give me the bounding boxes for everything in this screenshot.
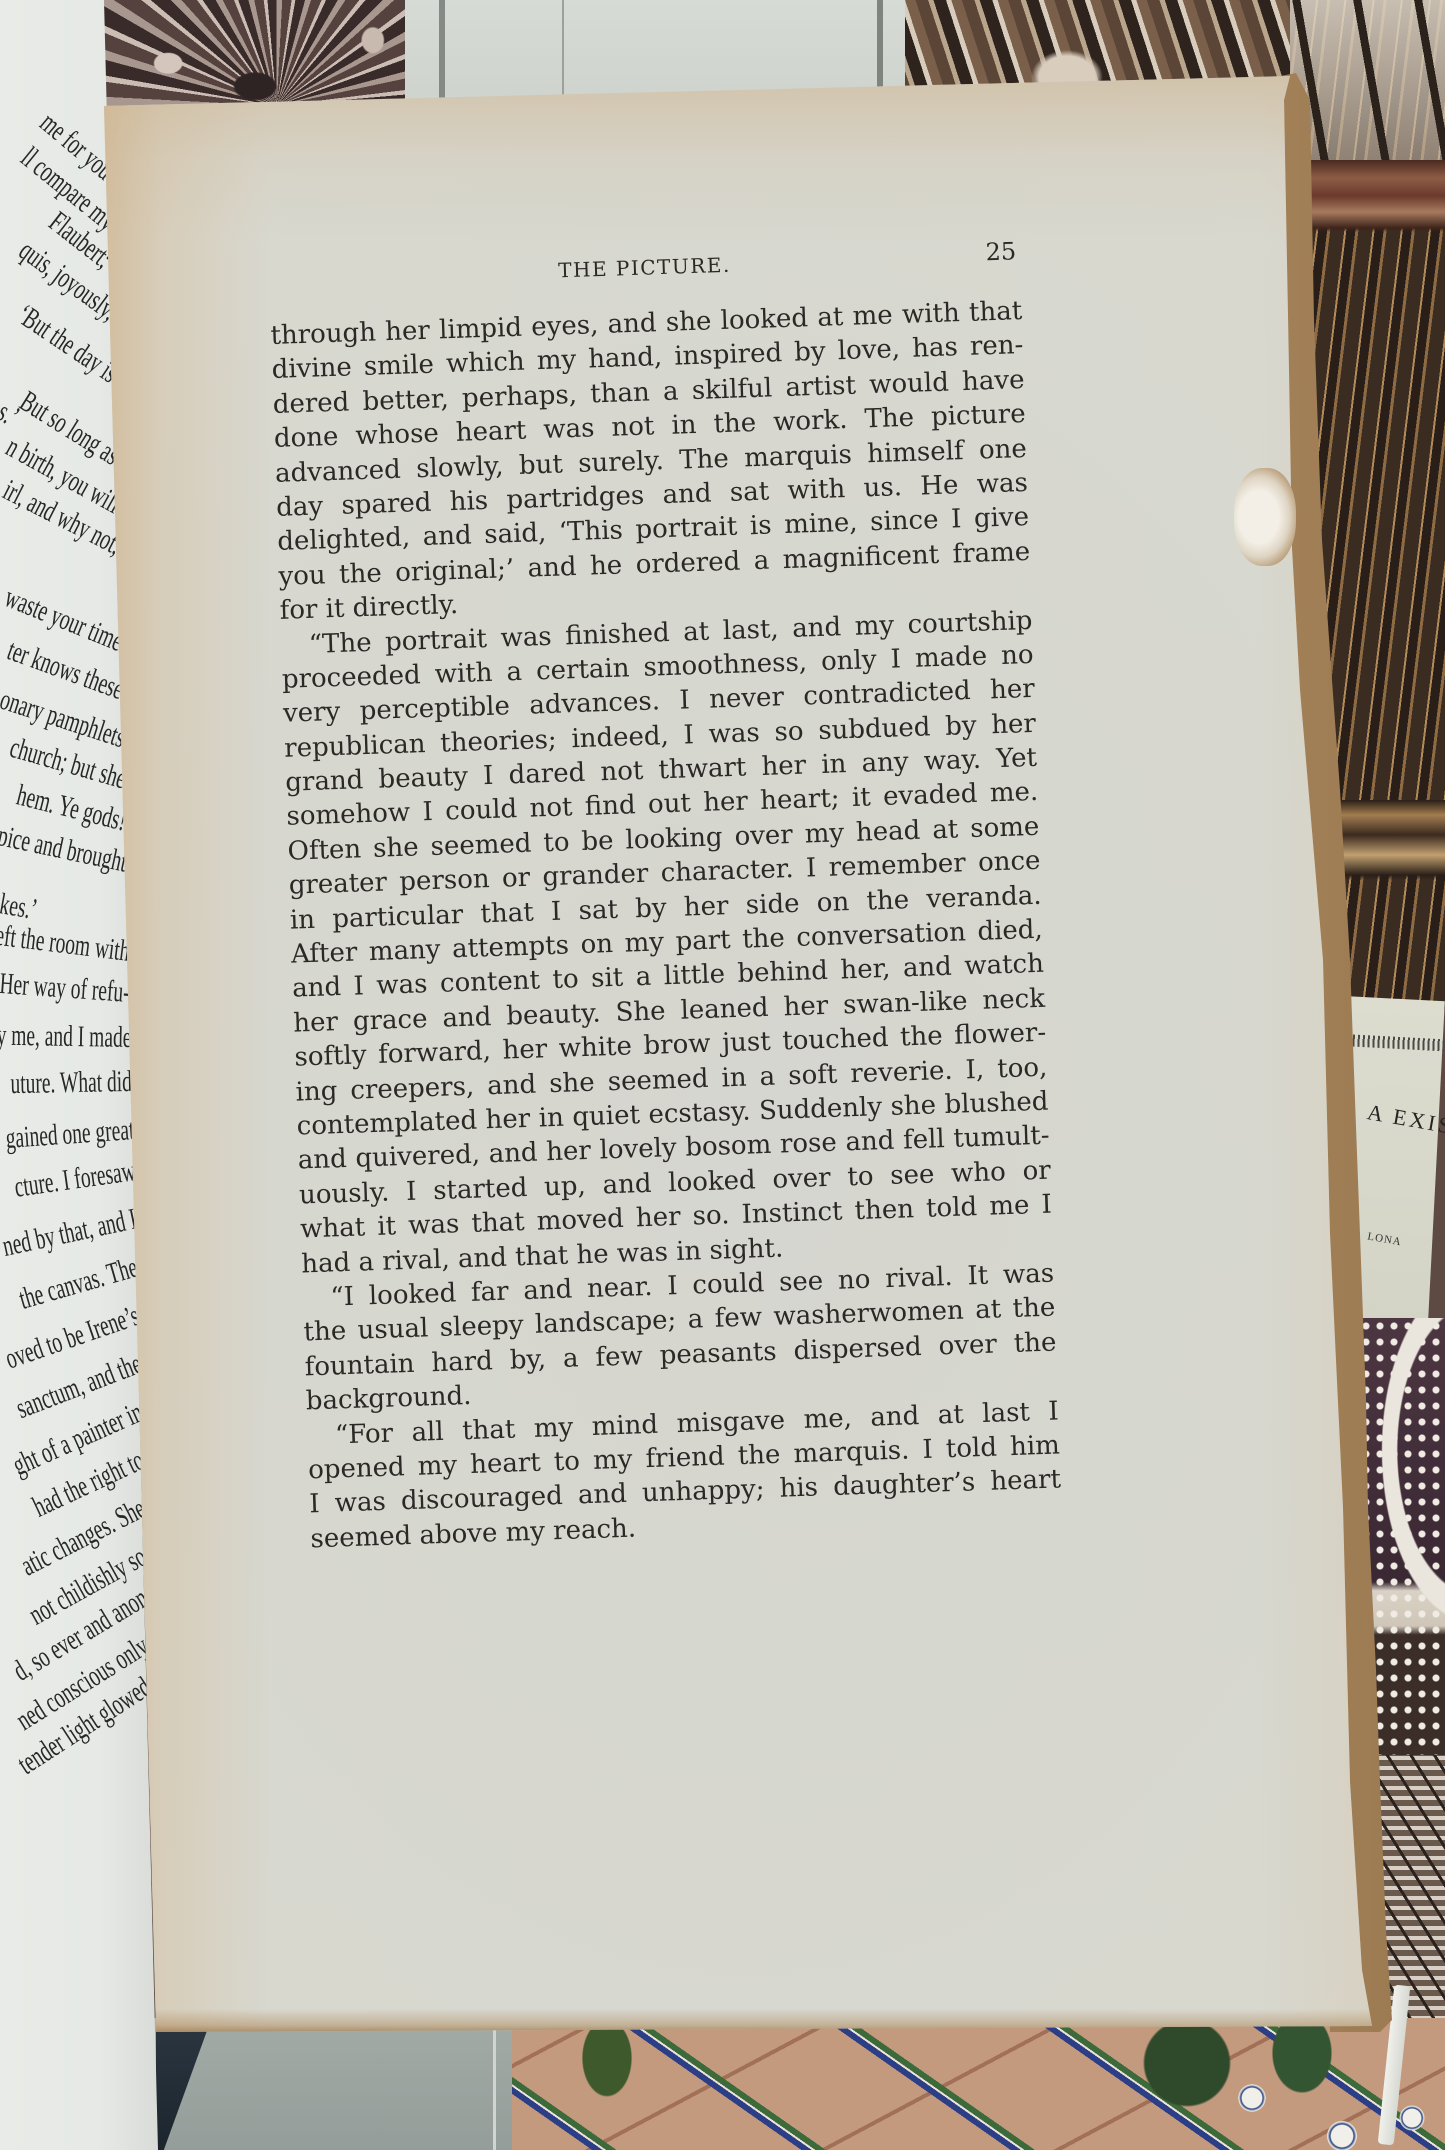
background-bottom-card bbox=[150, 2018, 515, 2150]
page-text-block: THE PICTURE. 25 through her limpid eyes,… bbox=[270, 294, 1063, 1556]
background-tile-mosaic-image bbox=[512, 2018, 1445, 2150]
paragraph: “The portrait was finished at last, and … bbox=[280, 603, 1053, 1281]
torn-paper-curl bbox=[1234, 468, 1296, 566]
paragraph: “For all that my mind misgave me, and at… bbox=[306, 1394, 1062, 1556]
paragraph: “I looked far and near. I could see no r… bbox=[302, 1256, 1058, 1418]
page-number: 25 bbox=[985, 236, 1017, 267]
paragraph: through her limpid eyes, and she looked … bbox=[270, 294, 1032, 628]
